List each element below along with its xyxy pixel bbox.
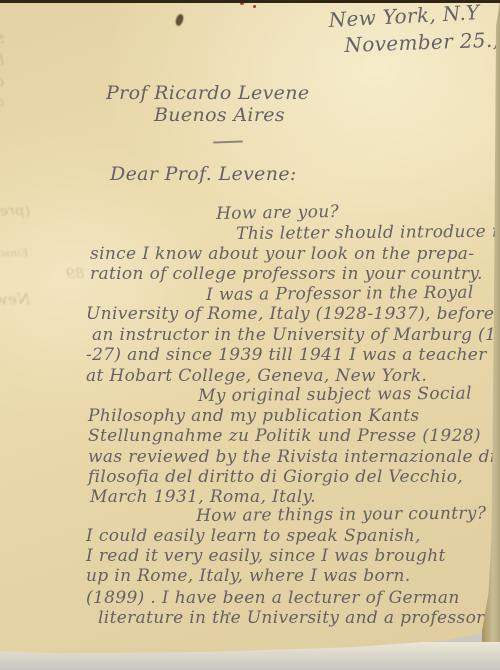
bleedthrough-line: Einschiffungsnummer	[0, 248, 28, 261]
letter-line: Philosophy and my publication Kants	[88, 406, 419, 426]
bleedthrough-line: New York, N.Y	[0, 290, 30, 310]
letter-line: filosofia del diritto di Giorgio del Vec…	[88, 467, 463, 487]
letter-line: -27) and since 1939 till 1941 I was a te…	[86, 345, 487, 365]
letter-line: was reviewed by the Rivista internaziona…	[88, 447, 496, 467]
letter-line: Stellungnahme zu Politik und Presse (192…	[88, 426, 481, 446]
paper-speck	[253, 5, 256, 8]
recipient-city: Buenos Aires	[154, 104, 285, 126]
letter-line: I could easily learn to speak Spanish,	[86, 526, 421, 546]
letter-line: How are you?	[216, 202, 339, 224]
letter-line: March 1931, Roma, Italy.	[90, 487, 316, 507]
letter-line: up in Rome, Italy, where I was born.	[86, 566, 411, 586]
letter-line: I was a Professor in the Royal	[206, 283, 474, 305]
letter-scan: said Latin and Greek in the Liceo. Hille…	[0, 0, 500, 670]
recipient-name: Prof Ricardo Levene	[106, 82, 309, 104]
letter-line: ration of college professors in your cou…	[90, 264, 483, 284]
bleedthrough-line: 89	[66, 266, 85, 282]
letter-line: since I know about your look on the prep…	[90, 244, 474, 264]
letter-line: I read it very easily, since I was broug…	[86, 546, 446, 566]
letter-line: University of Rome, Italy (1928-1937), b…	[86, 304, 494, 324]
letter-line: How are things in your country?	[196, 503, 486, 526]
separator-dash	[213, 140, 243, 143]
bleedthrough-line: at the camp at Marsh la	[0, 92, 4, 113]
letter-line: literature in the University and a profe…	[98, 608, 500, 628]
letter-paper: said Latin and Greek in the Liceo. Hille…	[0, 0, 500, 670]
scan-top-edge	[0, 0, 500, 3]
letter-line: My original subject was Social	[198, 384, 472, 406]
paper-dot	[228, 612, 231, 615]
ink-blot	[175, 13, 185, 26]
bleedthrough-line: (press trusty)	[0, 203, 30, 221]
letter-place: New York, N.Y	[328, 0, 480, 32]
letter-line: an instructor in the University of Marbu…	[92, 325, 500, 345]
letter-line: This letter should introduce me,	[236, 221, 500, 244]
letter-line: at Hobart College, Geneva, New York.	[86, 366, 427, 386]
letter-line: (1899) . I have been a lecturer of Germa…	[86, 588, 460, 608]
salutation: Dear Prof. Levene:	[110, 163, 297, 185]
letter-date: November 25., 41	[344, 26, 500, 57]
